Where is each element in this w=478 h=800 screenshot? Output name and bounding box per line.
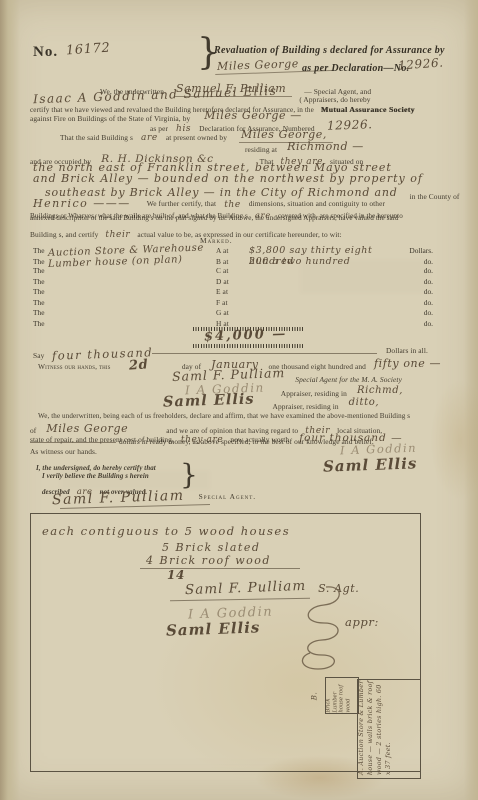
valuation-row-e: The E at do. xyxy=(33,287,433,296)
row-unit: do. xyxy=(387,266,433,275)
total-value: $4,000 — xyxy=(204,327,288,345)
appraiser-role: Appraiser, residing in xyxy=(273,402,339,411)
preamble-text: in the County of xyxy=(410,192,460,201)
certification-brace: } xyxy=(180,458,198,491)
are-hw: are xyxy=(141,133,158,143)
total-rule-bottom xyxy=(193,344,303,348)
row-the: The xyxy=(33,287,48,296)
row-mark: B at xyxy=(216,257,249,266)
their-hw: their xyxy=(105,230,130,240)
valuation-row-g: The G at do. xyxy=(33,308,433,317)
document-number-label: No. xyxy=(33,44,58,61)
valuation-row-c: The C at do. xyxy=(33,266,433,275)
book-gutter-edge xyxy=(0,0,20,800)
row-the: The xyxy=(33,257,48,266)
affirmation-line-1: We, the underwritten, being each of us f… xyxy=(38,412,410,420)
special-agent-role: Special Agent. xyxy=(199,492,257,501)
page-right-edge xyxy=(464,0,478,800)
certification-line-2: I verily believe the Building s herein xyxy=(42,473,149,480)
valuation-row-f: The F at do. xyxy=(33,298,433,307)
row-unit: do. xyxy=(387,277,433,286)
row-unit: do. xyxy=(387,257,433,266)
row-the: The xyxy=(33,246,48,255)
document-title: Revaluation of Building s declared for A… xyxy=(214,45,445,56)
day-hw: 2d xyxy=(128,357,148,373)
affirmation-line-5: As witness our hands. xyxy=(30,447,97,456)
ditto-hw: ditto, xyxy=(349,397,379,408)
ellis-signature: Saml Ellis xyxy=(163,390,255,410)
preamble-text: That the said Building s xyxy=(60,133,133,142)
signature-line-appraiser-2: Saml Ellis Appraiser, residing in ditto, xyxy=(163,392,379,410)
signature-flourish-scribble xyxy=(286,583,346,673)
valuation-row-d: The D at do. xyxy=(33,277,433,286)
plat-building-b-text: Brick Lumber house roof wood xyxy=(326,678,358,713)
note-sum: 14 xyxy=(167,568,185,582)
row-unit: Dollars. xyxy=(387,246,433,255)
document-number-value: 16172 xyxy=(66,40,111,58)
row-unit: do. xyxy=(387,308,433,317)
declaration-number-hw: 12926. xyxy=(326,117,372,133)
preamble-text: Building s, and certify xyxy=(30,230,98,239)
preamble-line-15: Building s, and certify their actual val… xyxy=(30,224,342,242)
row-mark: F at xyxy=(216,298,249,307)
row-the: The xyxy=(33,266,48,275)
plat-building-a-text: A. Auction Store & Lumber house — walls … xyxy=(357,679,417,775)
preamble-text: actual value to be, as expressed in our … xyxy=(137,230,341,239)
preamble-line-14: annexed description of the said Building… xyxy=(30,214,399,222)
row-the: The xyxy=(33,298,48,307)
row-unit: do. xyxy=(387,319,433,328)
row-mark: G at xyxy=(216,308,249,317)
note-line-1: each contiguous to 5 wood houses xyxy=(42,524,290,538)
row-the: The xyxy=(33,308,48,317)
dollars-in-all-label: Dollars in all. xyxy=(386,346,428,355)
row-mark: A at xyxy=(216,246,249,255)
notes-sum-rule xyxy=(140,567,300,569)
row-value: 200 a two hundred xyxy=(249,256,387,267)
witness-text: Witness our hands, this xyxy=(38,362,111,371)
note-line-3: 4 Brick roof wood xyxy=(146,554,271,567)
row-unit: do. xyxy=(387,298,433,307)
ellis-signature: Saml Ellis xyxy=(166,618,261,639)
note-line-2: 5 Brick slated xyxy=(162,541,260,554)
ellis-signature: Saml Ellis xyxy=(323,454,418,475)
row-unit: do. xyxy=(387,287,433,296)
row-the: The xyxy=(33,277,48,286)
valuation-row-b: The Lumber house (on plan) B at 200 a tw… xyxy=(33,256,433,267)
as-per-declaration-label: as per Declaration—No. xyxy=(302,63,409,74)
row-mark: C at xyxy=(216,266,249,275)
appr-label: appr: xyxy=(345,615,379,629)
certification-line-1: I, the undersigned, do hereby certify th… xyxy=(36,465,156,472)
say-fill-rule xyxy=(152,352,377,354)
affirmation-fill-rule xyxy=(30,441,116,443)
row-mark: D at xyxy=(216,277,249,286)
row-the: The xyxy=(33,319,48,328)
plat-building-b-label: B. xyxy=(310,692,318,701)
declaration-number: 12926. xyxy=(398,55,444,72)
society-name: Mutual Assurance Society xyxy=(321,105,415,114)
row-mark: E at xyxy=(216,287,249,296)
preamble-text: at present owned by xyxy=(166,133,227,142)
affirmation-line-4: dollars in ready money, as above specifi… xyxy=(119,437,374,446)
document-page: No. 16172 } Revaluation of Building s de… xyxy=(0,0,478,800)
